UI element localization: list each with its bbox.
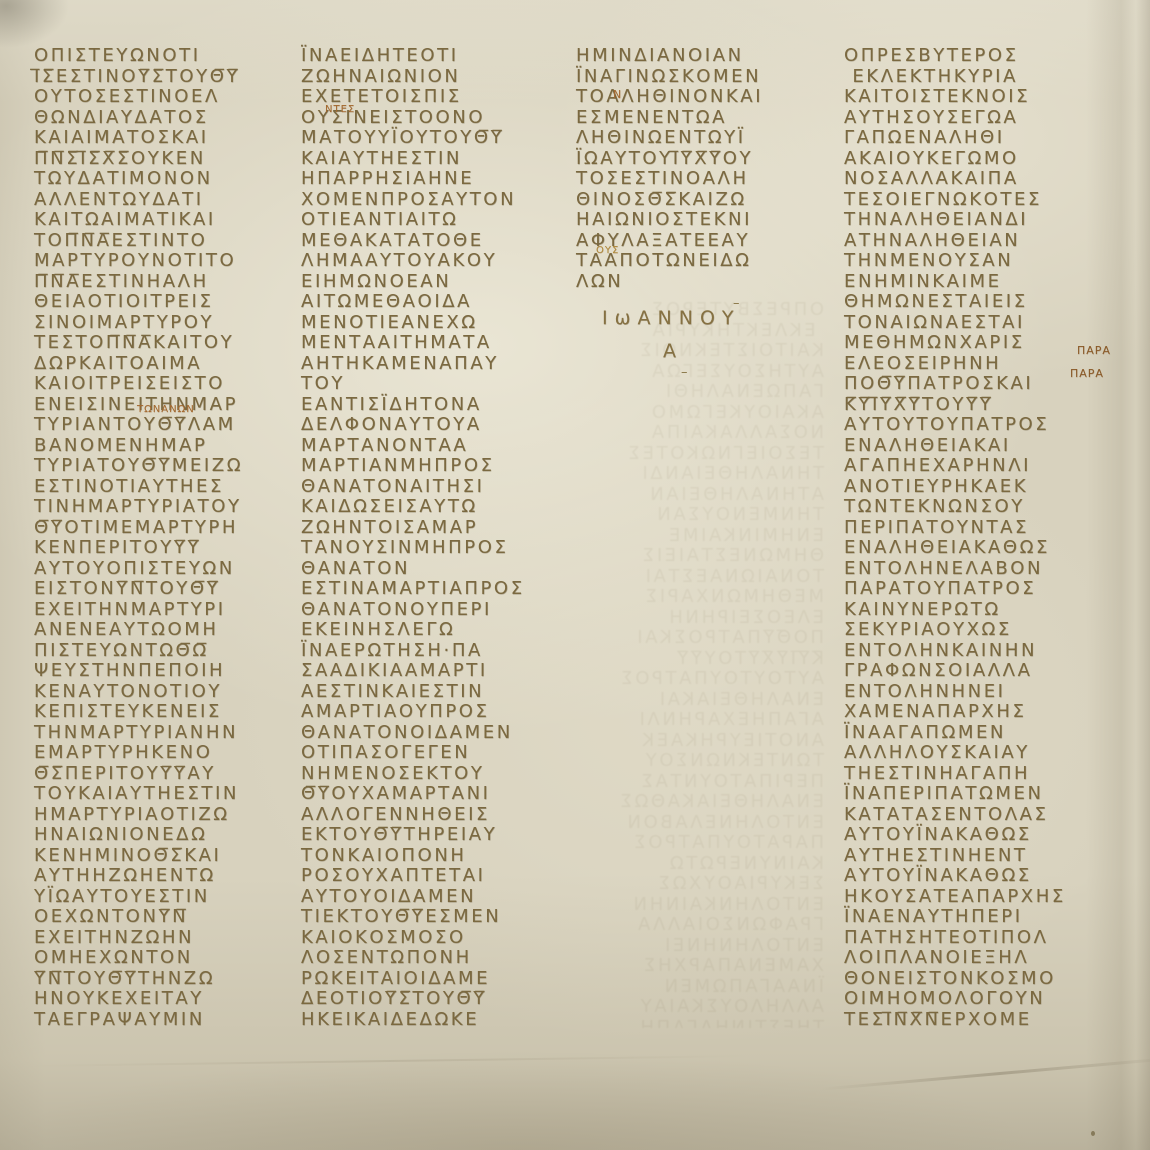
colophon-numeral: Α [663,340,676,362]
manuscript-page: ΟΠΡΕΣΒΥΤΕΡΟΣ ΕΚΛΕΚΤΗΚΥΡΙΑ ΚΑΙΤΟΙΣΤΕΚΝΟΙΣ… [0,0,1150,1150]
corrector-note-para-1: ΠΑΡΑ [1077,344,1111,357]
parchment-crease [821,1056,1150,1090]
colophon-dash: – [733,296,740,311]
text-column-4: ΟΠΡΕΣΒΥΤΕΡΟΣ ΕΚΛΕΚΤΗΚΥΡΙΑ ΚΑΙΤΟΙΣΤΕΚΝΟΙΣ… [844,46,1106,1030]
ink-bleedthrough: ΟΠΡΕΣΒΥΤΕΡΟΣ ΕΚΛΕΚΤΗΚΥΡΙΑ ΚΑΙΤΟΙΣΤΕΚΝΟΙΣ… [572,300,824,1028]
corrector-note-ntes: ΝΤΕΣ [325,104,355,115]
text-column-1: ΟΠΙΣΤΕΥΩΝΟΤΙ Ι̅Σ̅ΕΣΤΙΝΟΥ̅Σ̅ΤΟΥΘ̅Υ̅ ΟΥΤΟΣ… [34,46,292,1030]
colophon-title: ΙωΑΝΝΟΥ [602,307,741,329]
corrector-note-para-2: ΠΑΡΑ [1070,367,1104,380]
corrector-note-ton-anthropon: ΤΩΝΑΝΩΝ [137,404,195,415]
colophon-dash: – [681,365,688,380]
text-column-2: ΪΝΑΕΙΔΗΤΕΟΤΙ ΖΩΗΝΑΙΩΝΙΟΝ ΕΧΕΤΕΤΟΙΣΠΙΣ ΟΥ… [301,46,559,1030]
corrector-note-nu: Ν [613,88,622,101]
parchment-crease [30,1055,750,1067]
corrector-note-ous: ΟΥΣ [596,245,619,256]
parchment-speck [1091,1131,1095,1136]
parchment-bottom-shading [0,1030,1150,1150]
